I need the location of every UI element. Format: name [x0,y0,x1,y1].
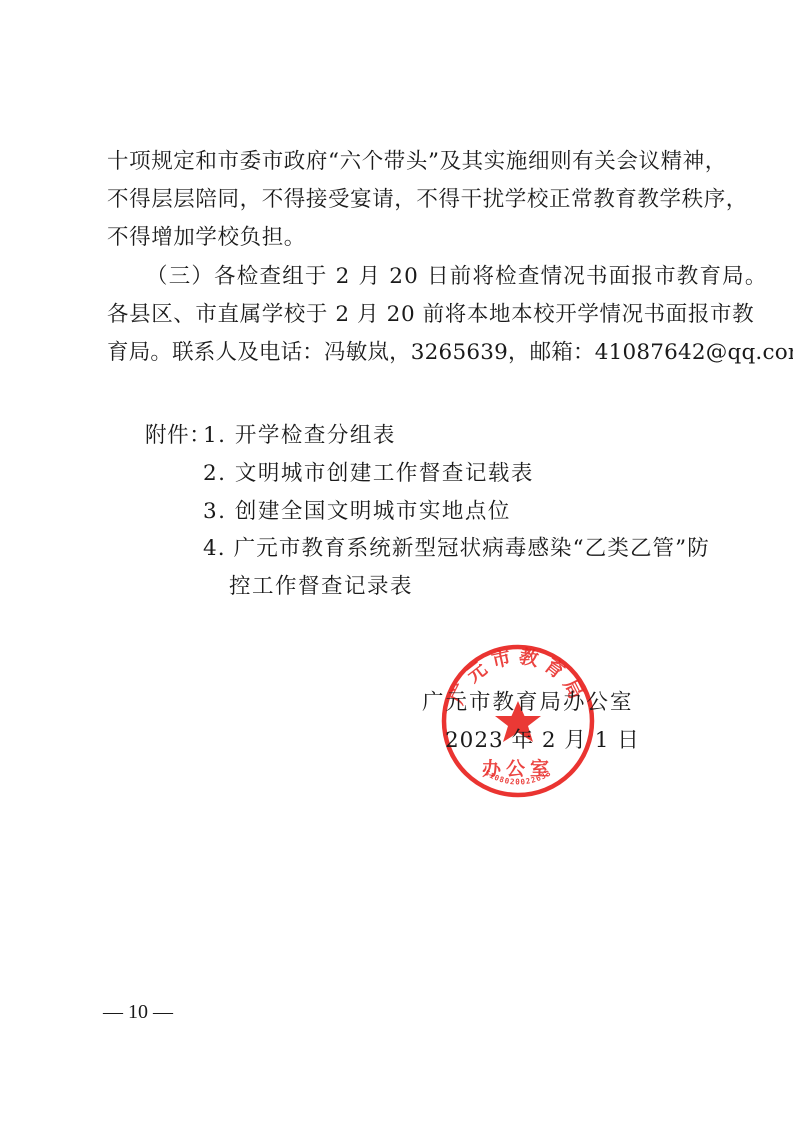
attachment-item-3: 3. 创建全国文明城市实地点位 [203,500,511,524]
attachment-item-2: 2. 文明城市创建工作督查记载表 [203,462,534,486]
attachment-item-4-continued: 控工作督查记录表 [229,575,413,599]
paragraph-line-1: 十项规定和市委市政府“六个带头”及其实施细则有关会议精神， [107,150,692,174]
page-number: — 10 — [103,1000,173,1024]
official-seal-icon: 广元市教育局 办公室 5108020022633 [440,643,596,799]
paragraph-line-3: 不得增加学校负担。 [107,226,306,250]
issuer-signature: 广元市教育局办公室 [422,691,634,715]
attachment-item-1: 1. 开学检查分组表 [203,424,396,448]
section-three-line-3: 育局。联系人及电话：冯敏岚，3265639，邮箱：41087642@qq.com… [107,341,793,365]
section-three-line-1: （三）各检查组于 2 月 20 日前将检查情况书面报市教育局。 [146,265,768,289]
attachment-item-4: 4. 广元市教育系统新型冠状病毒感染“乙类乙管”防 [203,537,710,561]
section-three-line-2: 各县区、市直属学校于 2 月 20 前将本地本校开学情况书面报市教 [107,303,692,327]
issue-date: 2023 年 2 月 1 日 [445,729,640,753]
paragraph-line-2: 不得层层陪同，不得接受宴请，不得干扰学校正常教育教学秩序， [107,188,692,212]
attachments-label: 附件： [145,424,211,448]
